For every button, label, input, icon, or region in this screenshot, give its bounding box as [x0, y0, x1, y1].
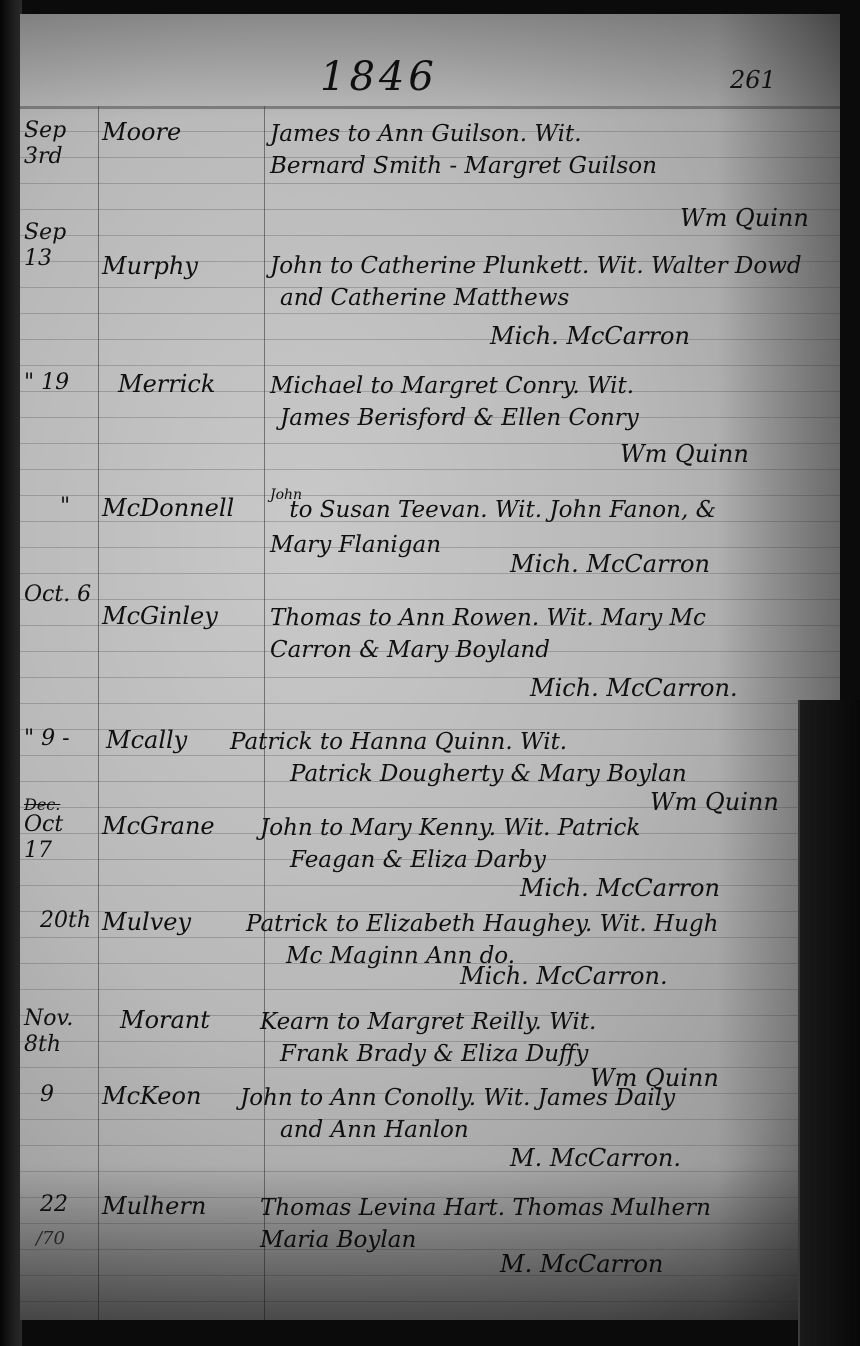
entry-surname: McGrane [102, 812, 262, 840]
header-rule [20, 106, 840, 109]
film-frame-edge [0, 0, 22, 1346]
book-binding-edge [798, 700, 860, 1346]
entry-line: Kearn to Margret Reilly. Wit. [260, 1006, 820, 1038]
officiant-signature: Mich. McCarron. [530, 674, 738, 702]
entry-details: Michael to Margret Conry. Wit. James Ber… [270, 370, 830, 434]
officiant-signature: Mich. McCarron [520, 874, 720, 902]
officiant-signature: Mich. McCarron [510, 550, 710, 578]
officiant-signature: Wm Quinn [680, 204, 809, 232]
entry-line: Patrick Dougherty & Mary Boylan [230, 758, 790, 790]
entry-surname: Morant [120, 1006, 280, 1034]
entry-line: Thomas Levina Hart. Thomas Mulhern [260, 1192, 820, 1224]
entry-date: " 19 [24, 370, 98, 396]
page-year: 1846 [320, 54, 438, 100]
entry-details: Kearn to Margret Reilly. Wit. Frank Brad… [260, 1006, 820, 1070]
entry-surname: Merrick [118, 370, 278, 398]
entry-line: Patrick to Hanna Quinn. Wit. [230, 726, 790, 758]
entry-surname: Moore [102, 118, 262, 146]
entry-line: and Catherine Matthews [270, 282, 830, 314]
entry-line: Carron & Mary Boyland [270, 634, 830, 666]
officiant-signature: M. McCarron [500, 1250, 663, 1278]
date-column-divider [98, 106, 99, 1320]
inserted-given-name: John [270, 487, 302, 503]
entry-surname: Mulhern [102, 1192, 262, 1220]
officiant-signature: Mich. McCarron. [460, 962, 668, 990]
entry-line: Michael to Margret Conry. Wit. [270, 370, 830, 402]
entry-line: Feagan & Eliza Darby [260, 844, 820, 876]
entry-details: John to Catherine Plunkett. Wit. Walter … [270, 250, 830, 314]
entry-date: " 9 - [24, 726, 98, 752]
entry-line: James Berisford & Ellen Conry [270, 402, 830, 434]
officiant-signature: M. McCarron. [510, 1144, 681, 1172]
entry-date: Oct. 6 [24, 582, 98, 608]
entry-surname: Mulvey [102, 908, 262, 936]
entry-line: John to Mary Kenny. Wit. Patrick [260, 812, 820, 844]
entry-date: Sep 3rd [24, 118, 98, 170]
officiant-signature: Wm Quinn [620, 440, 749, 468]
entry-line: John to Catherine Plunkett. Wit. Walter … [270, 250, 830, 282]
entry-details: Thomas to Ann Rowen. Wit. Mary Mc Carron… [270, 602, 830, 666]
entry-line: Patrick to Elizabeth Haughey. Wit. Hugh [246, 908, 806, 940]
entry-surname: McKeon [102, 1082, 262, 1110]
entry-line: Thomas to Ann Rowen. Wit. Mary Mc [270, 602, 830, 634]
entry-details: Patrick to Hanna Quinn. Wit. Patrick Dou… [230, 726, 790, 790]
entry-line: Bernard Smith - Margret Guilson [270, 150, 830, 182]
entry-details: James to Ann Guilson. Wit. Bernard Smith… [270, 118, 830, 182]
entry-date: Nov. 8th [24, 1006, 98, 1058]
entry-date: Sep 13 [24, 220, 98, 272]
entry-line: John to Susan Teevan. Wit. John Fanon, & [270, 494, 830, 529]
entry-surname: Murphy [102, 252, 262, 280]
entry-line: James to Ann Guilson. Wit. [270, 118, 830, 150]
register-page: 1846 261 Sep 3rd Moore James to Ann Guil… [20, 14, 840, 1320]
entry-date: Oct 17 [24, 812, 98, 864]
entry-line: John to Ann Conolly. Wit. James Daily [240, 1082, 800, 1114]
officiant-signature: Mich. McCarron [490, 322, 690, 350]
entry-line: and Ann Hanlon [240, 1114, 800, 1146]
entry-surname: McGinley [102, 602, 262, 630]
entry-details: John to Mary Kenny. Wit. Patrick Feagan … [260, 812, 820, 876]
page-number: 261 [730, 66, 776, 94]
entry-surname: McDonnell [102, 494, 262, 522]
entry-details: John to Ann Conolly. Wit. James Daily an… [240, 1082, 800, 1146]
entry-date-note: /70 [36, 1226, 110, 1252]
entry-line: Frank Brady & Eliza Duffy [260, 1038, 820, 1070]
entry-details: Thomas Levina Hart. Thomas Mulhern Maria… [260, 1192, 820, 1256]
